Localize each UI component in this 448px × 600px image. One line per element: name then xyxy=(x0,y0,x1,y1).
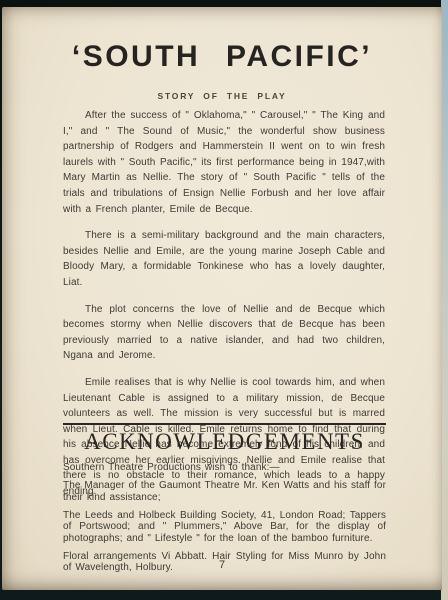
acknowledgements-heading: ACKNOWLEDGEMENTS xyxy=(63,429,386,455)
programme-page: ‘SOUTH PACIFIC’ STORY OF THE PLAY After … xyxy=(2,7,442,590)
story-section-heading: STORY OF THE PLAY xyxy=(2,91,442,101)
story-paragraph: The plot concerns the love of Nellie and… xyxy=(63,302,385,364)
acknowledgement-item: The Leeds and Holbeck Building Society, … xyxy=(63,510,386,545)
photo-backdrop: ‘SOUTH PACIFIC’ STORY OF THE PLAY After … xyxy=(0,0,448,600)
story-paragraph: There is a semi-military background and … xyxy=(63,228,385,290)
divider-rule xyxy=(63,423,386,425)
acknowledgements-intro: Southern Theatre Productions wish to tha… xyxy=(63,462,386,474)
story-paragraph: After the success of " Oklahoma," " Caro… xyxy=(63,108,385,217)
adjacent-page-edge xyxy=(441,0,448,600)
acknowledgement-item: The Manager of the Gaumont Theatre Mr. K… xyxy=(63,480,386,503)
page-number: 7 xyxy=(2,559,442,571)
acknowledgements-section: ACKNOWLEDGEMENTS Southern Theatre Produc… xyxy=(63,423,386,580)
page-title: ‘SOUTH PACIFIC’ xyxy=(2,40,442,74)
